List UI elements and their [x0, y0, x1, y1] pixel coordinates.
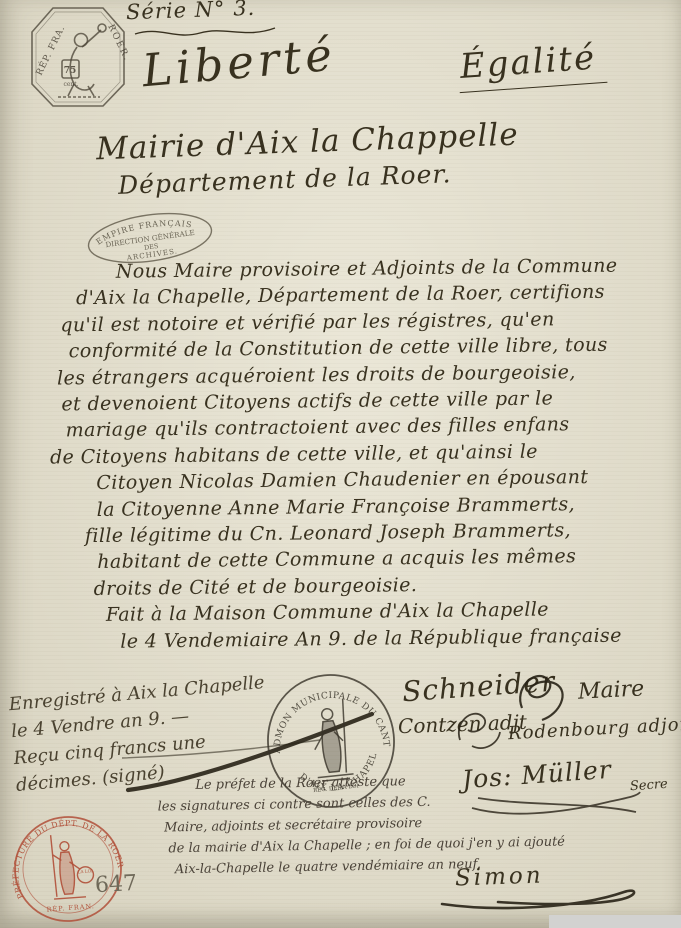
manuscript-body: Nous Maire provisoire et Adjoints de la …: [0, 252, 681, 656]
adjoint-paraph-flourish: [452, 706, 504, 754]
prefecture-stamp-figure: [50, 832, 95, 899]
tax-stamp-right-text: ROER.: [105, 23, 128, 64]
scan-edge: [549, 915, 681, 928]
prefect-signature-swash: [438, 882, 643, 912]
prefecture-stamp-base-text: RÉP. FRAN.: [46, 901, 95, 913]
municipal-stamp-figure: [310, 698, 354, 781]
mairie-title: Mairie d'Aix la Chappelle: [96, 117, 520, 168]
prefecture-stamp-red: PRÉFECTURE DU DÉPT. DE LA ROER LA LOI RÉ…: [4, 808, 132, 928]
signature-maire-title: Maire: [577, 676, 644, 704]
tax-stamp-value: 75: [64, 66, 77, 76]
document-page: 75 cent. RÉP. FRA. ROER. Série N° 3. Lib…: [0, 0, 681, 928]
prefecture-stamp-tablet-text: LA LOI: [78, 868, 94, 874]
tax-stamp-unit: cent.: [63, 81, 78, 88]
departement-subtitle: Département de la Roer.: [118, 159, 452, 200]
tax-stamp-octagon: 75 cent. RÉP. FRA. ROER.: [28, 4, 128, 109]
egalite-word: Égalité: [457, 37, 608, 93]
series-label: Série N° 3.: [126, 0, 256, 24]
pencil-folio-number: 647: [94, 871, 137, 898]
